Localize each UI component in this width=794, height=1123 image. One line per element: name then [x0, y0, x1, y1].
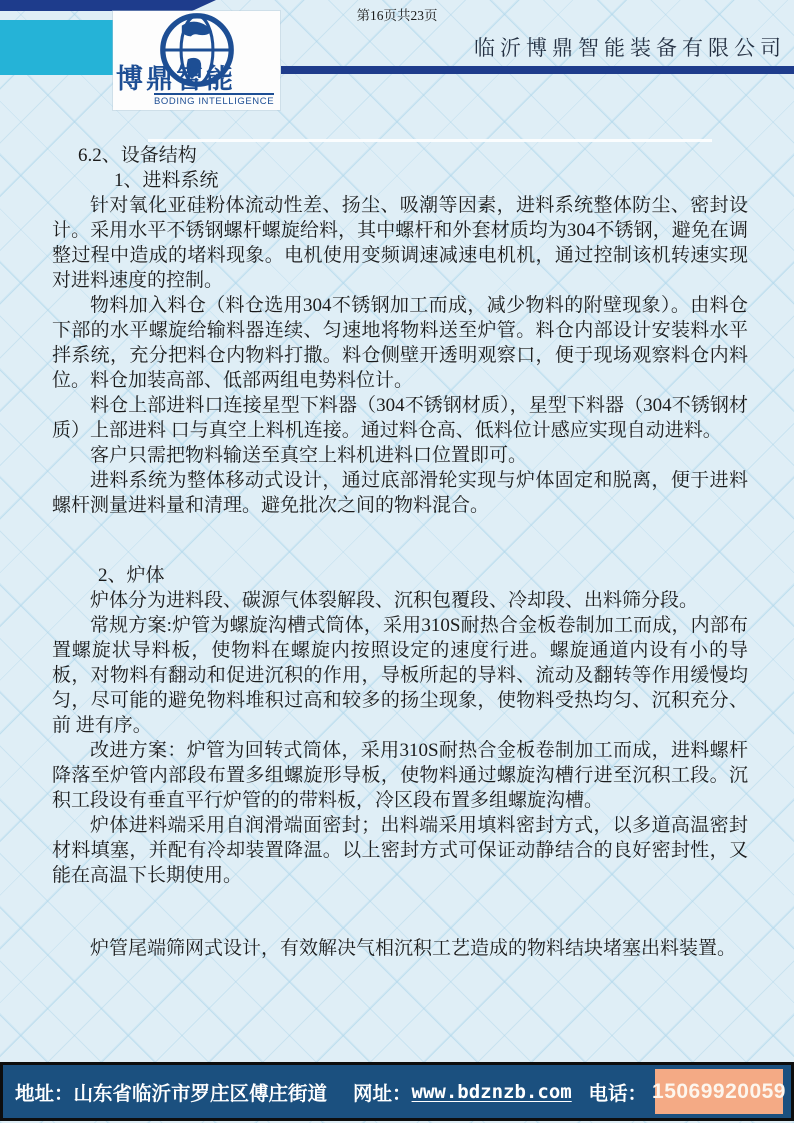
company-name: 临沂博鼎智能装备有限公司 [474, 32, 786, 62]
paragraph: 进料系统为整体移动式设计，通过底部滑轮实现与炉体固定和脱离，便于进料螺杆测量进料… [52, 468, 748, 518]
header-cyan-block [0, 20, 113, 75]
logo-text-cn: 博鼎智能 [116, 57, 276, 96]
paragraph: 针对氧化亚硅粉体流动性差、扬尘、吸潮等因素，进料系统整体防尘、密封设计。采用水平… [52, 193, 748, 293]
website-label: 网址： [353, 1078, 412, 1106]
address-label: 地址： [15, 1083, 74, 1105]
paragraph: 炉体进料端采用自润滑端面密封；出料端采用填料密封方式，以多道高温密封材料填塞，并… [52, 813, 748, 888]
company-logo: 博鼎智能 BODING INTELLIGENCE [113, 11, 280, 110]
paragraph: 常规方案:炉管为螺旋沟槽式筒体，采用310S耐热合金板卷制加工而成，内部布置螺旋… [52, 613, 748, 738]
subsection-title-feeding-system: 1、进料系统 [114, 168, 748, 193]
footer-bar: 地址：山东省临沂市罗庄区傅庄街道 网址：www.bdznzb.com 电话： 1… [0, 1062, 794, 1121]
closing-paragraph: 炉管尾端筛网式设计，有效解决气相沉积工艺造成的物料结块堵塞出料装置。 [52, 936, 748, 961]
section-highlight-line [148, 139, 712, 142]
footer-website: 网址：www.bdznzb.com [353, 1078, 572, 1106]
document-body: 6.2、设备结构 1、进料系统 针对氧化亚硅粉体流动性差、扬尘、吸潮等因素，进料… [52, 143, 748, 961]
paragraph: 改进方案：炉管为回转式筒体，采用310S耐热合金板卷制加工而成，进料螺杆降落至炉… [52, 738, 748, 813]
footer-address: 地址：山东省临沂市罗庄区傅庄街道 [15, 1078, 327, 1106]
subsection-title-furnace-body: 2、炉体 [98, 563, 748, 588]
logo-text-en: BODING INTELLIGENCE [154, 93, 274, 107]
header-top-bar [0, 0, 216, 11]
paragraph: 客户只需把物料输送至真空上料机进料口位置即可。 [52, 443, 748, 468]
address-value: 山东省临沂市罗庄区傅庄街道 [74, 1083, 328, 1105]
website-link[interactable]: www.bdznzb.com [412, 1081, 572, 1103]
paragraph: 料仓上部进料口连接星型下料器（304不锈钢材质），星型下料器（304不锈钢材质）… [52, 393, 748, 443]
paragraph: 炉体分为进料段、碳源气体裂解段、沉积包覆段、冷却段、出料筛分段。 [52, 588, 748, 613]
header-divider [281, 66, 794, 74]
paragraph: 物料加入料仓（料仓选用304不锈钢加工而成，减少物料的附壁现象）。由料仓下部的水… [52, 293, 748, 393]
phone-label: 电话： [588, 1078, 647, 1106]
section-title: 6.2、设备结构 [78, 143, 748, 168]
phone-number-box: 15069920059 [655, 1069, 783, 1114]
